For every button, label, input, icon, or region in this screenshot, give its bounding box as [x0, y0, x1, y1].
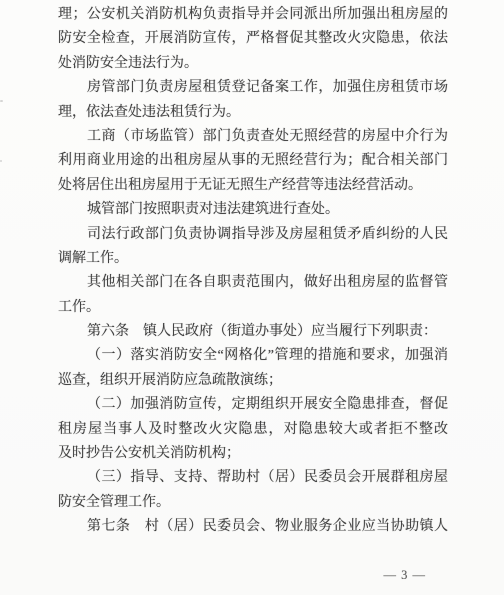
document-line: 司法行政部门负责协调指导涉及房屋租赁矛盾纠纷的人民 — [58, 223, 448, 247]
page-number: — 3 — — [0, 568, 426, 583]
document-line: （一）落实消防安全“网格化”管理的措施和要求，加强消防 — [58, 344, 448, 368]
document-text-block: 理；公安机关消防机构负责指导并会同派出所加强出租房屋的消 防安全检查，开展消防宣… — [58, 3, 448, 540]
document-line: 防安全检查，开展消防宣传，严格督促其整改火灾隐患，依法查 — [58, 27, 448, 51]
document-line: 工作。 — [58, 296, 448, 320]
document-line: 理；公安机关消防机构负责指导并会同派出所加强出租房屋的消 — [58, 3, 448, 27]
document-line: 其他相关部门在各自职责范围内，做好出租房屋的监督管理 — [58, 271, 448, 295]
document-line: 处消防安全违法行为。 — [58, 52, 448, 76]
document-line: 工商（市场监管）部门负责查处无照经营的房屋中介行为和 — [58, 125, 448, 149]
document-line: 房管部门负责房屋租赁登记备案工作，加强住房租赁市场管 — [58, 76, 448, 100]
document-line: 城管部门按照职责对违法建筑进行查处。 — [58, 198, 448, 222]
document-line: 租房屋当事人及时整改火灾隐患，对隐患较大或者拒不整改的， — [58, 418, 448, 442]
document-line: 理，依法查处违法租赁行为。 — [58, 101, 448, 125]
document-line: 调解工作。 — [58, 247, 448, 271]
document-line: 第六条 镇人民政府（街道办事处）应当履行下列职责： — [58, 320, 448, 344]
document-line: 利用商业用途的出租房屋从事的无照经营行为；配合相关部门查 — [58, 149, 448, 173]
document-line: （二）加强消防宣传，定期组织开展安全隐患排查，督促群 — [58, 393, 448, 417]
document-line: 防安全管理工作。 — [58, 491, 448, 515]
document-line: 巡查，组织开展消防应急疏散演练； — [58, 369, 448, 393]
document-line: 处将居住出租房屋用于无证无照生产经营等违法经营活动。 — [58, 174, 448, 198]
document-line: 第七条 村（居）民委员会、物业服务企业应当协助镇人民 — [58, 515, 448, 539]
document-line: 及时抄告公安机关消防机构； — [58, 442, 448, 466]
scan-speck — [0, 100, 3, 102]
scan-speck — [0, 160, 2, 162]
scanned-document-page: 理；公安机关消防机构负责指导并会同派出所加强出租房屋的消 防安全检查，开展消防宣… — [0, 0, 504, 595]
document-line: （三）指导、支持、帮助村（居）民委员会开展群租房屋消 — [58, 466, 448, 490]
